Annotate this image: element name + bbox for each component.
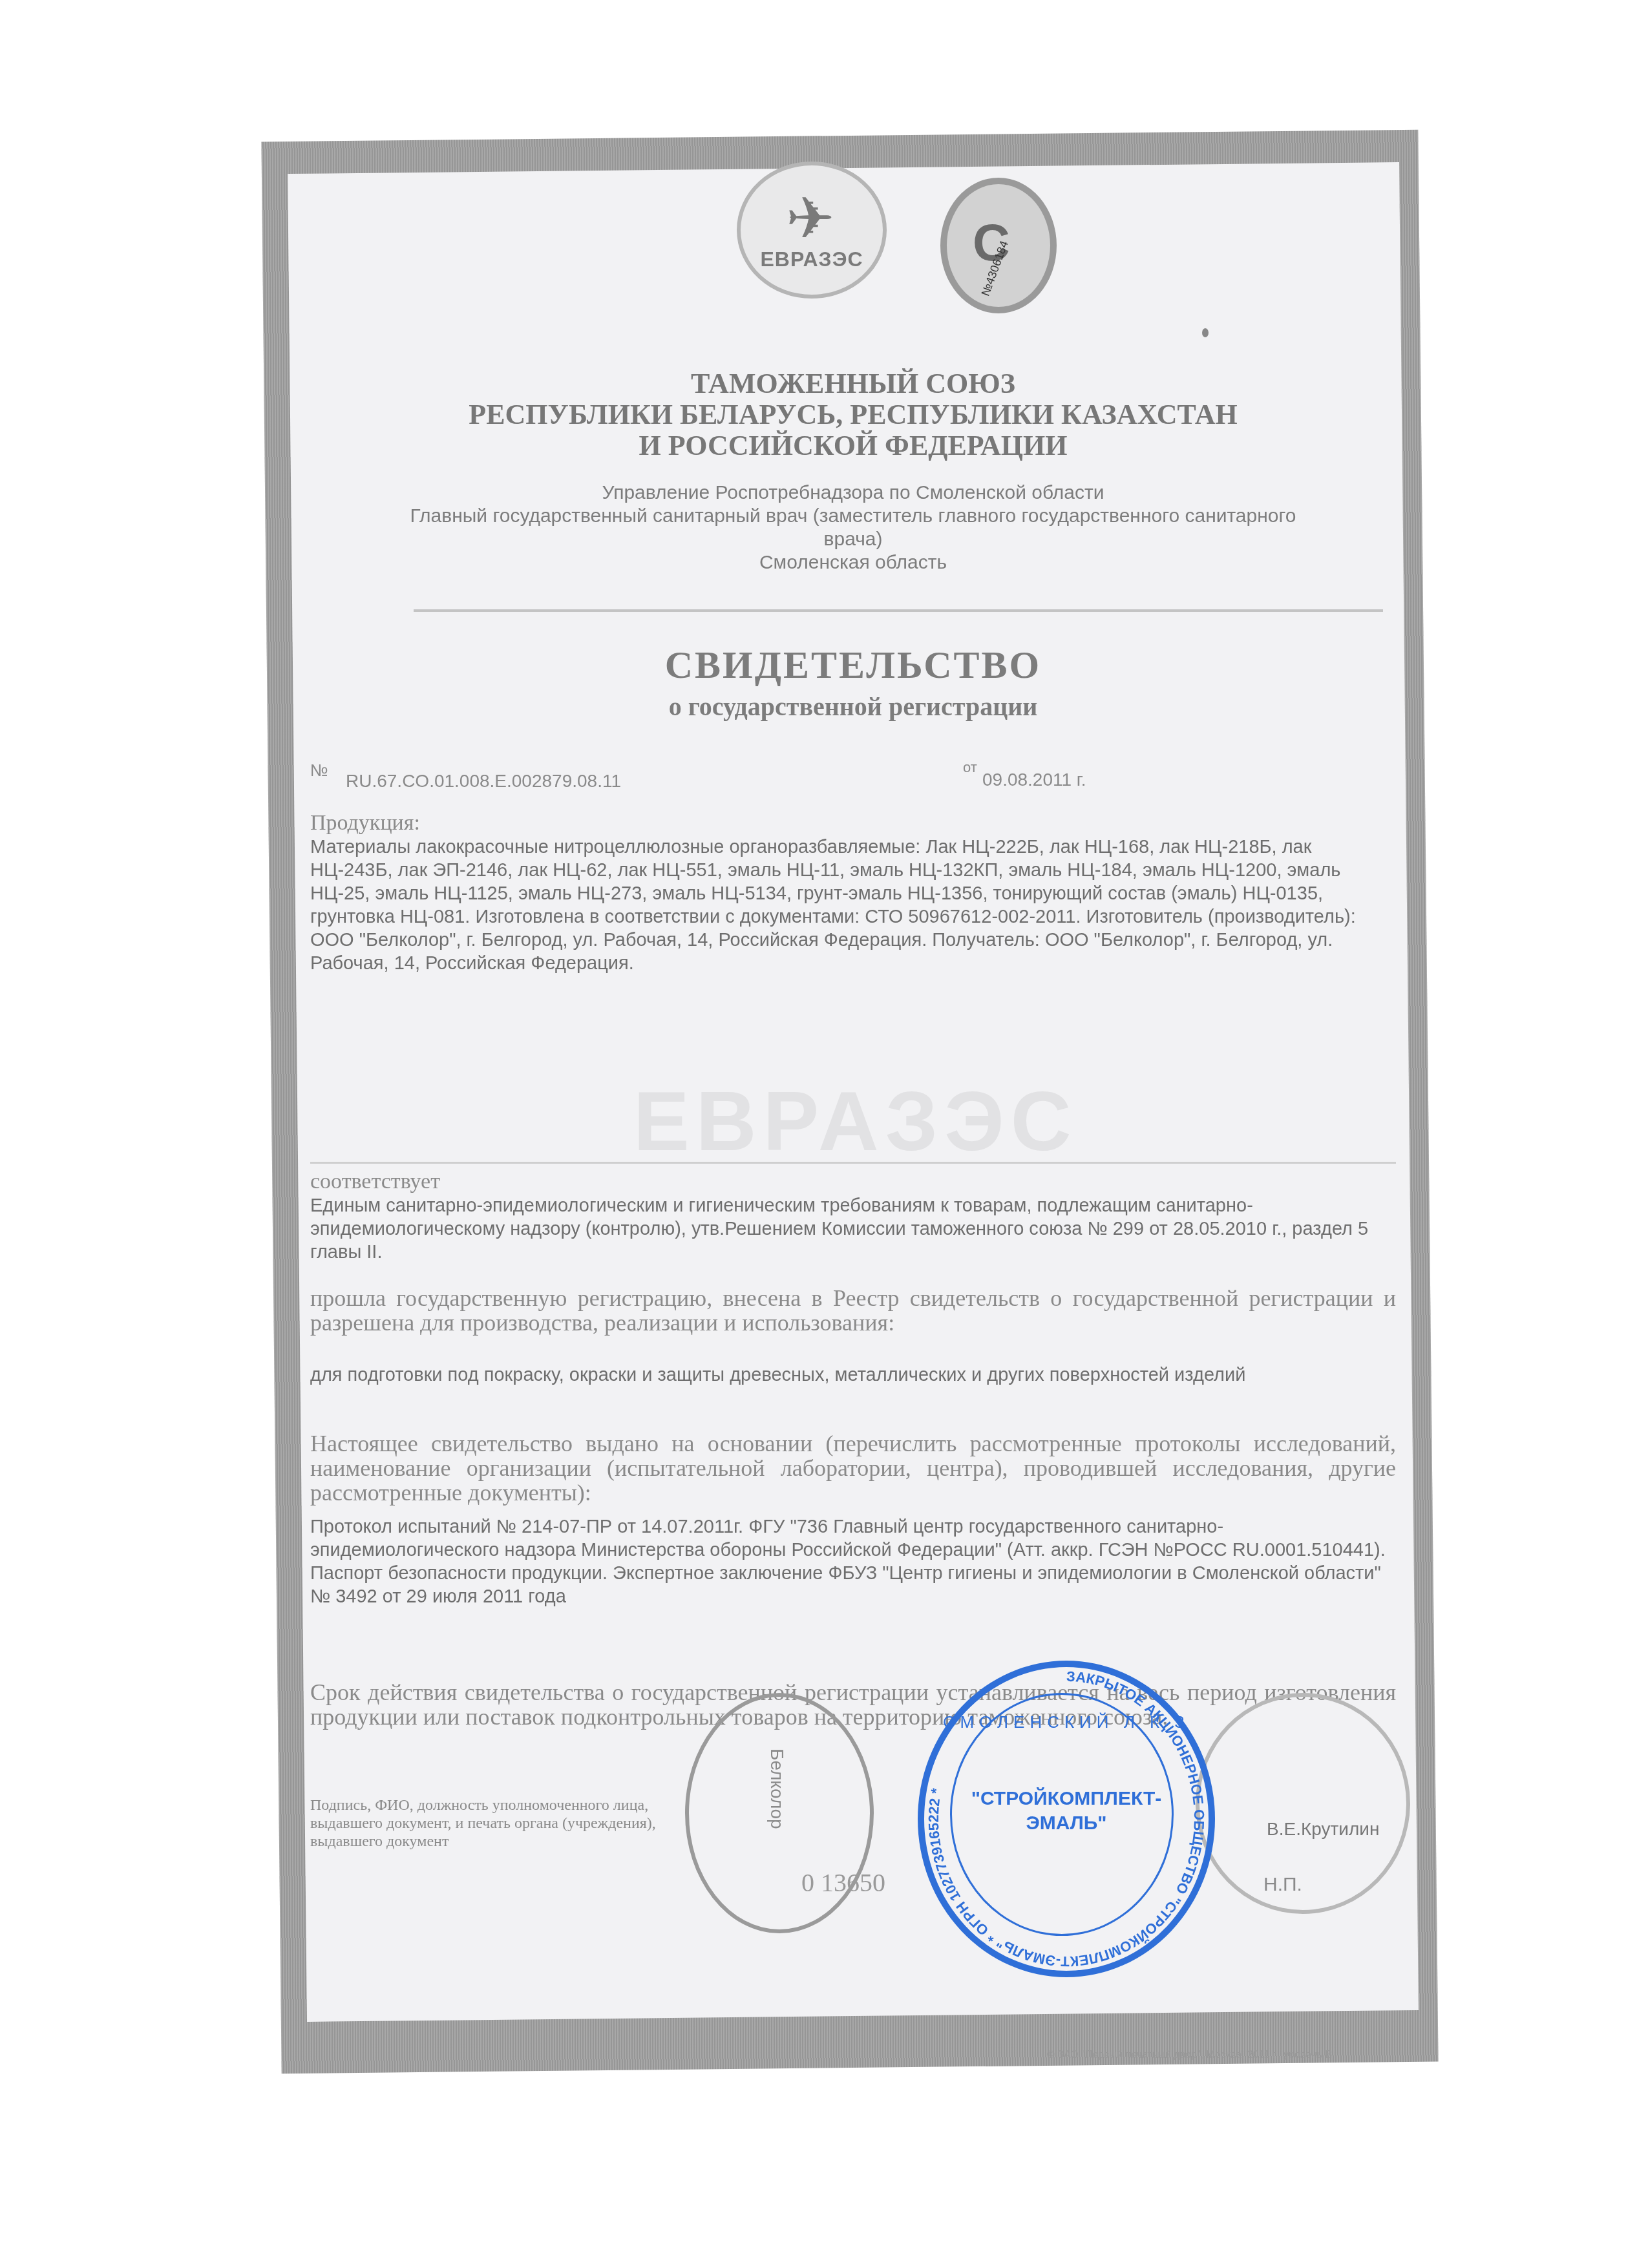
security-hologram: С №4306184 [940, 178, 1057, 313]
basis-label: Настоящее свидетельство выдано на основа… [310, 1431, 1396, 1505]
eurasec-emblem-icon: ✈ [786, 185, 834, 253]
registration-statement: прошла государственную регистрацию, внес… [310, 1286, 1396, 1335]
printer-imprint: © ЗАО "Первый печатный двор", Москва, 20… [1047, 2050, 1332, 2061]
official-stamp-gray [1196, 1693, 1410, 1914]
usage-text: для подготовки под покраску, окраски и з… [310, 1363, 1396, 1387]
signature-label: Подпись, ФИО, должность уполномоченного … [310, 1796, 672, 1851]
registration-number: RU.67.CO.01.008.E.002879.08.11 [346, 771, 621, 792]
issuing-authority: Управление Роспотребнадзора по Смоленско… [310, 481, 1396, 574]
stamp-inner-text: СМОЛЕНСКИЙ Л К З [924, 1712, 1209, 1732]
fine-print-line [414, 609, 1383, 612]
section-divider [310, 1162, 1396, 1164]
product-text: Материалы лакокрасочные нитроцеллюлозные… [310, 835, 1396, 975]
eurasec-watermark: ЕВРАЗЭС [633, 1073, 1078, 1170]
scan-speck [1202, 328, 1209, 337]
stamp-company-name: "СТРОЙКОМПЛЕКТ- ЭМАЛЬ" [924, 1787, 1209, 1836]
basis-text: Протокол испытаний № 214-07-ПР от 14.07.… [310, 1515, 1396, 1608]
eurasec-label: ЕВРАЗЭС [741, 247, 883, 271]
number-label: № [310, 761, 328, 781]
registration-date: 09.08.2011 г. [982, 770, 1086, 790]
product-label: Продукция: [310, 811, 1396, 835]
company-stamp-blue: ЗАКРЫТОЕ АКЦИОНЕРНОЕ ОБЩЕСТВО "СТРОЙКОМП… [918, 1661, 1215, 1977]
company-stamp-gray: Белколор [685, 1693, 874, 1933]
conformity-label: соответствует [310, 1170, 1396, 1194]
product-section: Продукция: Материалы лакокрасочные нитро… [310, 811, 1396, 975]
conformity-section: соответствует Единым санитарно-эпидемиол… [310, 1170, 1396, 1264]
date-label: от [963, 759, 977, 776]
conformity-text: Единым санитарно-эпидемиологическим и ги… [310, 1194, 1396, 1264]
customs-union-heading: ТАМОЖЕННЫЙ СОЮЗ РЕСПУБЛИКИ БЕЛАРУСЬ, РЕС… [310, 368, 1396, 461]
eurasec-logo: ✈ ЕВРАЗЭС [737, 162, 887, 299]
document-title: СВИДЕТЕЛЬСТВО [310, 643, 1396, 688]
document-subtitle: о государственной регистрации [310, 691, 1396, 722]
